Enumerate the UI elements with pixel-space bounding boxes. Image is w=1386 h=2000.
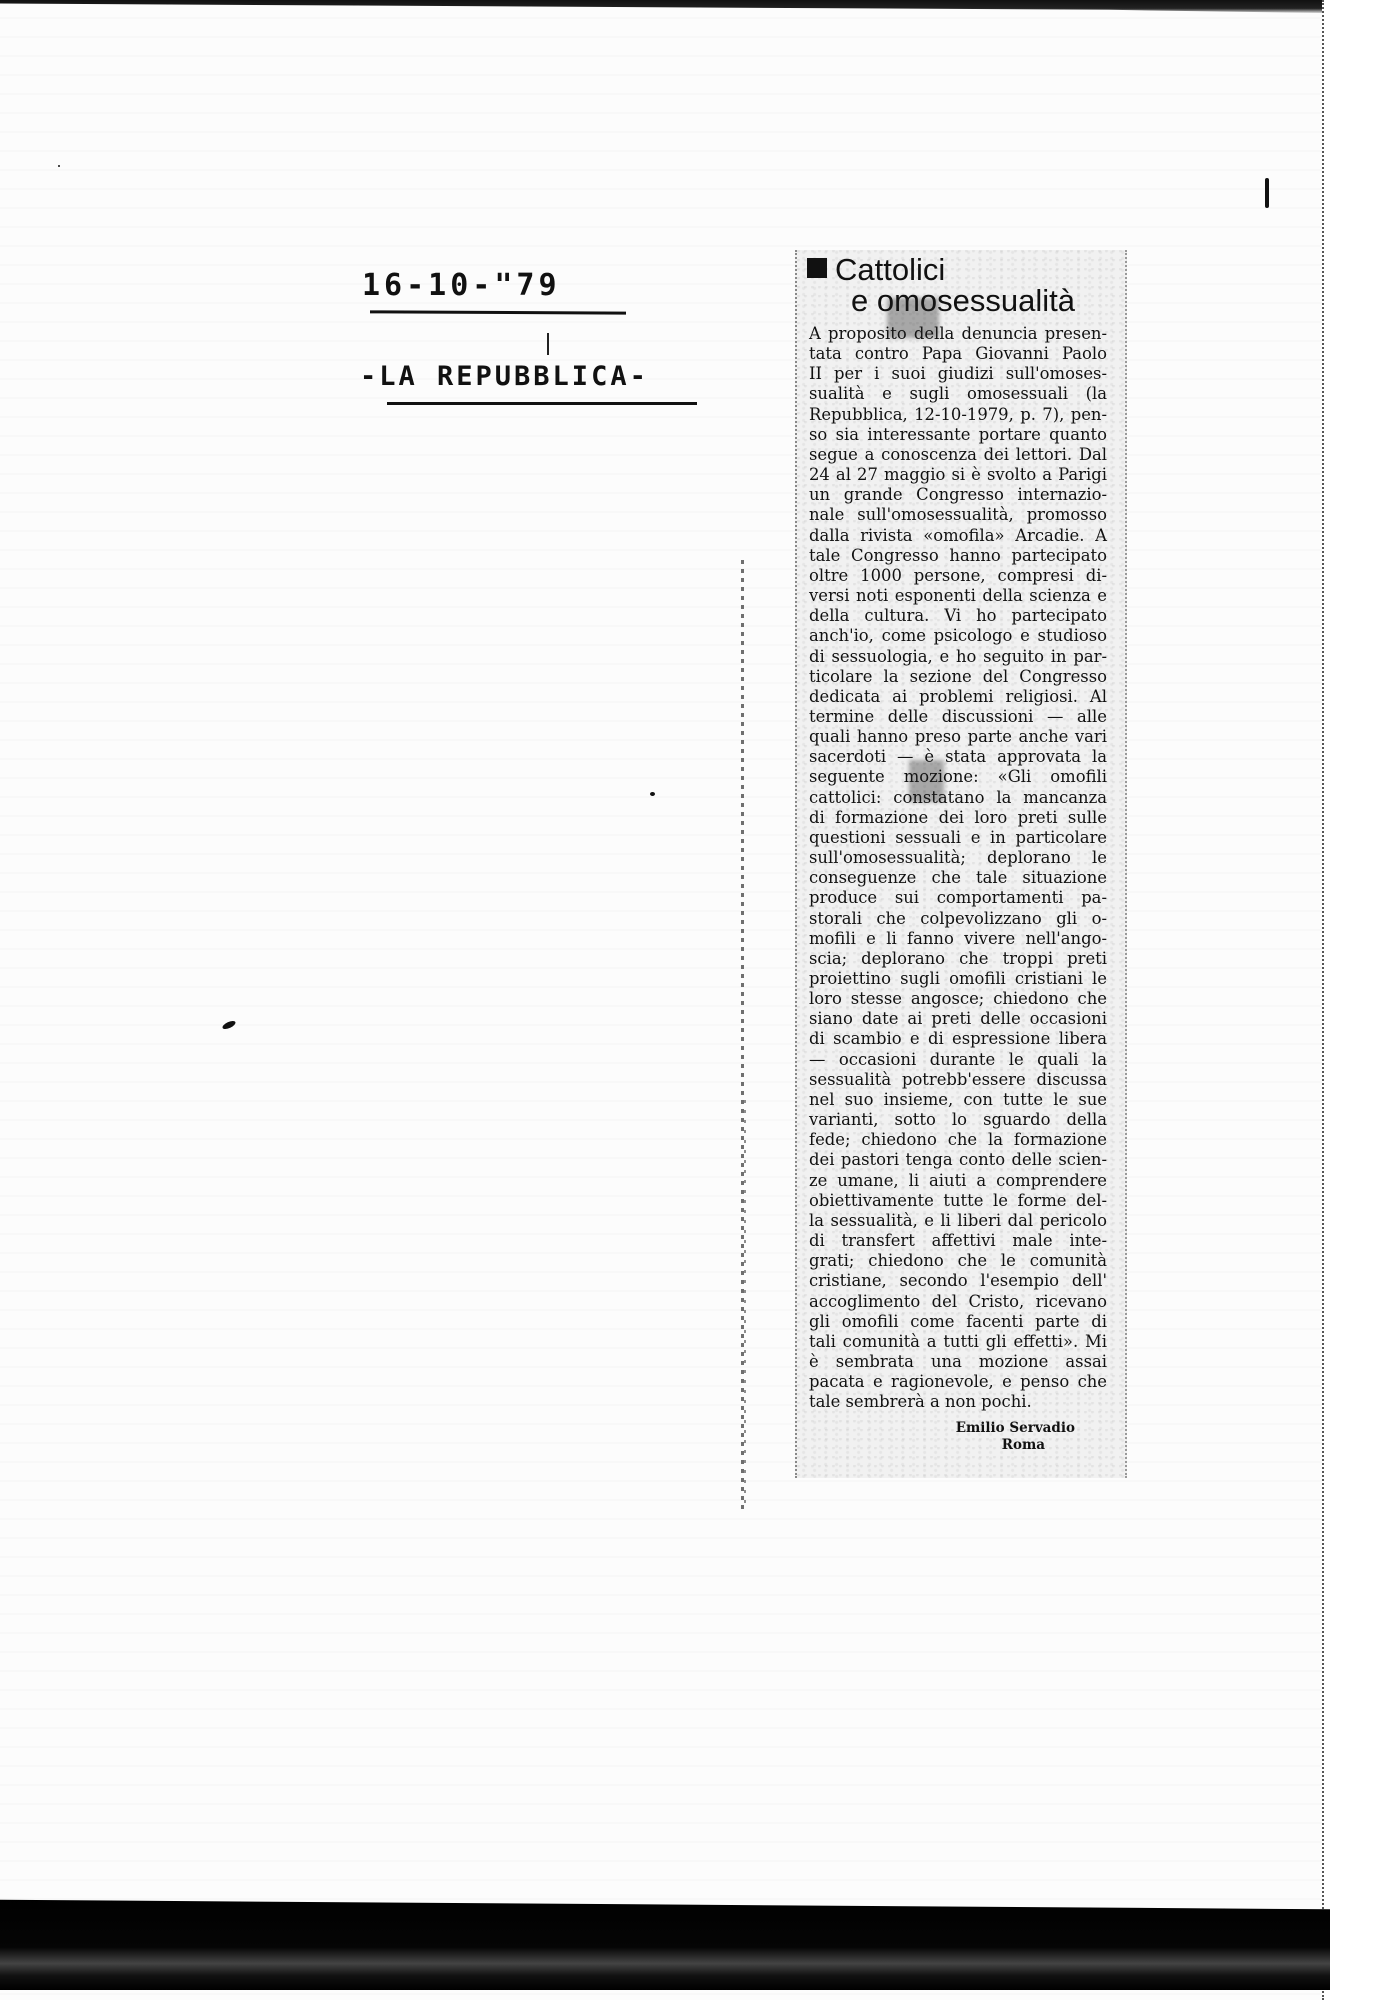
article-line: scia; deplorano che troppi preti xyxy=(809,949,1107,969)
article-line: tata contro Papa Giovanni Paolo xyxy=(809,344,1107,364)
scan-speck xyxy=(58,165,60,167)
article-line: Repubblica, 12-10-1979, p. 7), pen- xyxy=(809,405,1107,425)
article-line: termine delle discussioni — alle xyxy=(809,707,1107,727)
article-body: A proposito della denuncia presen-tata c… xyxy=(809,324,1107,1412)
ink-smudge xyxy=(887,298,939,338)
article-line: II per i suoi giudizi sull'omoses- xyxy=(809,364,1107,384)
headline-line-1: Cattolici xyxy=(835,252,945,287)
article-line: loro stesse angosce; chiedono che xyxy=(809,989,1107,1009)
article-line: 24 al 27 maggio si è svolto a Parigi xyxy=(809,465,1107,485)
article-line: nel suo insieme, con tutte le sue xyxy=(809,1090,1107,1110)
article-line: sacerdoti — è stata approvata la xyxy=(809,747,1107,767)
article-line: segue a conoscenza dei lettori. Dal xyxy=(809,445,1107,465)
article-line: tale Congresso hanno partecipato xyxy=(809,546,1107,566)
article-line: versi noti esponenti della scienza e xyxy=(809,586,1107,606)
article-line: accoglimento del Cristo, ricevano xyxy=(809,1292,1107,1312)
article-line: dedicata ai problemi religiosi. Al xyxy=(809,687,1107,707)
article-line: pacata e ragionevole, e penso che xyxy=(809,1372,1107,1392)
article-line: varianti, sotto lo sguardo della xyxy=(809,1110,1107,1130)
handwritten-newspaper-name: -LA REPUBBLICA- xyxy=(360,361,649,392)
article-line: storali che colpevolizzano gli o- xyxy=(809,909,1107,929)
article-line: grati; chiedono che le comunità xyxy=(809,1251,1107,1271)
handwritten-tick xyxy=(547,333,549,355)
article-line: di formazione dei loro preti sulle xyxy=(809,808,1107,828)
newspaper-underline xyxy=(387,402,697,405)
article-line: obiettivamente tutte le forme del- xyxy=(809,1191,1107,1211)
newspaper-clipping: Cattolici e omosessualità A proposito de… xyxy=(795,250,1127,1478)
article-line: siano date ai preti delle occasioni xyxy=(809,1009,1107,1029)
article-line: ticolare la sezione del Congresso xyxy=(809,667,1107,687)
author-city: Roma xyxy=(797,1437,1045,1454)
fold-line-secondary xyxy=(744,1100,746,1510)
scan-right-margin xyxy=(1322,0,1386,2000)
article-line: di transfert affettivi male inte- xyxy=(809,1231,1107,1251)
article-line: di sessuologia, e ho seguito in par- xyxy=(809,647,1107,667)
article-line: conseguenze che tale situazione xyxy=(809,868,1107,888)
article-line: tale sembrerà a non pochi. xyxy=(809,1392,1107,1412)
article-line: un grande Congresso internazio- xyxy=(809,485,1107,505)
author-name: Emilio Servadio xyxy=(956,1420,1075,1436)
ink-smudge xyxy=(909,760,944,802)
article-line: sessualità potrebb'essere discussa xyxy=(809,1070,1107,1090)
article-line: mofili e li fanno vivere nell'ango- xyxy=(809,929,1107,949)
article-line: produce sui comportamenti pa- xyxy=(809,888,1107,908)
article-line: questioni sessuali e in particolare xyxy=(809,828,1107,848)
article-line: — occasioni durante le quali la xyxy=(809,1050,1107,1070)
scanned-page xyxy=(0,0,1386,2000)
article-line: sualità e sugli omosessuali (la xyxy=(809,384,1107,404)
article-line: sull'omosessualità; deplorano le xyxy=(809,848,1107,868)
scan-speck xyxy=(650,792,655,796)
article-line: è sembrata una mozione assai xyxy=(809,1352,1107,1372)
article-line: seguente mozione: «Gli omofili xyxy=(809,767,1107,787)
article-line: A proposito della denuncia presen- xyxy=(809,324,1107,344)
scan-speck xyxy=(1265,178,1269,208)
article-line: cristiane, secondo l'esempio dell' xyxy=(809,1271,1107,1291)
article-line: quali hanno preso parte anche vari xyxy=(809,727,1107,747)
article-line: gli omofili come facenti parte di xyxy=(809,1312,1107,1332)
article-line: nale sull'omosessualità, promosso xyxy=(809,505,1107,525)
article-line: di scambio e di espressione libera xyxy=(809,1029,1107,1049)
article-line: tali comunità a tutti gli effetti». Mi xyxy=(809,1332,1107,1352)
square-bullet-icon xyxy=(807,258,827,278)
headline-line-2: e omosessualità xyxy=(807,285,1125,316)
article-line: ze umane, li aiuti a comprendere xyxy=(809,1171,1107,1191)
article-line: fede; chiedono che la formazione xyxy=(809,1130,1107,1150)
article-line: oltre 1000 persone, compresi di- xyxy=(809,566,1107,586)
article-line: proiettino sugli omofili cristiani le xyxy=(809,969,1107,989)
article-headline: Cattolici e omosessualità xyxy=(807,254,1125,316)
article-line: dei pastori tenga conto delle scien- xyxy=(809,1150,1107,1170)
article-line: cattolici: constatano la mancanza xyxy=(809,788,1107,808)
article-signature: Emilio Servadio Roma xyxy=(797,1420,1075,1454)
article-line: dalla rivista «omofila» Arcadie. A xyxy=(809,526,1107,546)
article-line: so sia interessante portare quanto xyxy=(809,425,1107,445)
article-line: anch'io, come psicologo e studioso xyxy=(809,626,1107,646)
article-line: la sessualità, e li liberi dal pericolo xyxy=(809,1211,1107,1231)
handwritten-date: 16-10-"79 xyxy=(362,268,561,303)
scan-bottom-shadow xyxy=(0,1895,1330,1990)
article-line: della cultura. Vi ho partecipato xyxy=(809,606,1107,626)
